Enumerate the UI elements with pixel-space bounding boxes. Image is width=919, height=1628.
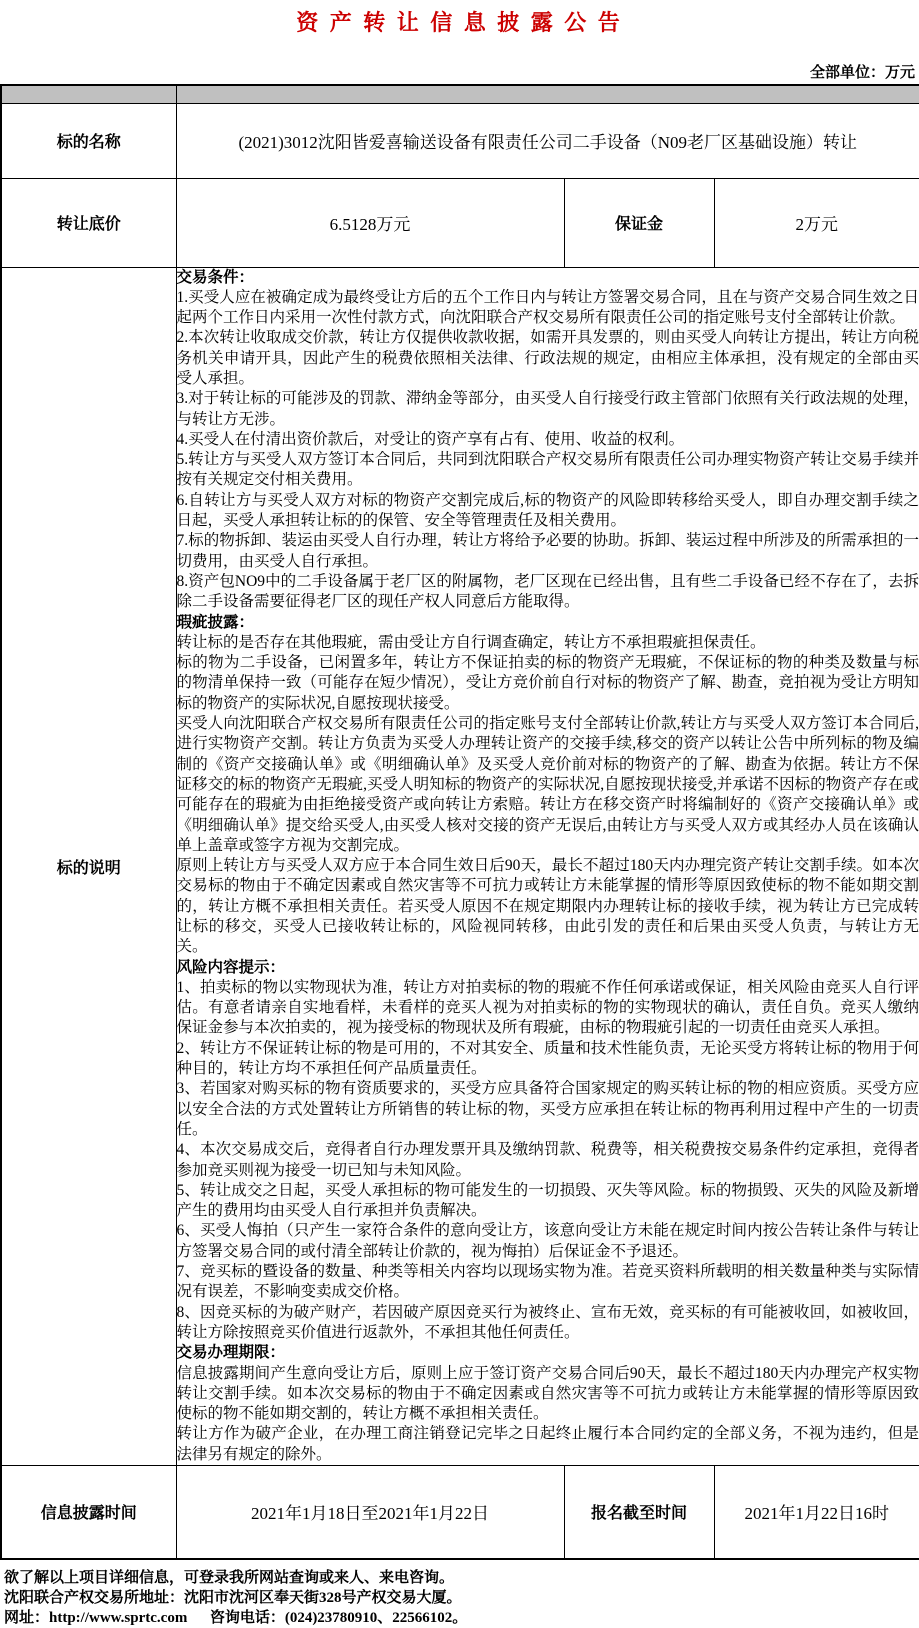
section-heading: 风险内容提示： bbox=[177, 958, 919, 978]
section-paragraph: 6、买受人悔拍（只产生一家符合条件的意向受让方，该意向受让方未能在规定时间内按公… bbox=[177, 1221, 919, 1262]
section-heading: 交易条件： bbox=[177, 268, 919, 288]
base-price-value: 6.5128万元 bbox=[176, 178, 564, 267]
subject-name-row: 标的名称 (2021)3012沈阳皆爱喜输送设备有限责任公司二手设备（N09老厂… bbox=[1, 103, 919, 178]
times-row: 信息披露时间 2021年1月18日至2021年1月22日 报名截至时间 2021… bbox=[1, 1466, 919, 1559]
section-paragraph: 买受人向沈阳联合产权交易所有限责任公司的指定账号支付全部转让价款,转让方与买受人… bbox=[177, 714, 919, 856]
footer: 欲了解以上项目详细信息，可登录我所网站查询或来人、来电咨询。 沈阳联合产权交易所… bbox=[0, 1560, 919, 1628]
section-paragraph: 6.自转让方与买受人双方对标的物资产交割完成后,标的物资产的风险即转移给买受人，… bbox=[177, 491, 919, 532]
description-row: 标的说明 交易条件：1.买受人应在被确定成为最终受让方后的五个工作日内与转让方签… bbox=[1, 267, 919, 1466]
section-paragraph: 信息披露期间产生意向受让方后，原则上应于签订资产交易合同后90天，最长不超过18… bbox=[177, 1364, 919, 1425]
footer-address-line: 沈阳联合产权交易所地址：沈阳市沈河区奉天街328号产权交易大厦。 bbox=[4, 1588, 919, 1608]
section-paragraph: 2.本次转让收取成交价款，转让方仅提供收款收据，如需开具发票的，则由买受人向转让… bbox=[177, 328, 919, 389]
section-paragraph: 转让方作为破产企业，在办理工商注销登记完毕之日起终止履行本合同约定的全部义务，不… bbox=[177, 1424, 919, 1465]
section-paragraph: 1、拍卖标的物以实物现状为准，转让方对拍卖标的物的瑕疵不作任何承诺或保证，相关风… bbox=[177, 978, 919, 1039]
section-heading: 瑕疵披露： bbox=[177, 613, 919, 633]
section-heading: 交易办理期限： bbox=[177, 1343, 919, 1363]
section-paragraph: 4.买受人在付清出资价款后，对受让的资产享有占有、使用、收益的权利。 bbox=[177, 430, 919, 450]
section-paragraph: 标的物为二手设备，已闲置多年，转让方不保证拍卖的标的物资产无瑕疵，不保证标的物的… bbox=[177, 653, 919, 714]
registration-deadline-value: 2021年1月22日16时 bbox=[714, 1466, 919, 1559]
footer-contact-line: 网址：http://www.sprtc.com 咨询电话：(024)237809… bbox=[4, 1608, 919, 1628]
subject-name-label: 标的名称 bbox=[1, 103, 176, 178]
section-paragraph: 转让标的是否存在其他瑕疵，需由受让方自行调查确定，转让方不承担瑕疵担保责任。 bbox=[177, 633, 919, 653]
disclosure-period-label: 信息披露时间 bbox=[1, 1466, 176, 1559]
section-paragraph: 7、竞买标的暨设备的数量、种类等相关内容均以现场实物为准。若竞买资料所载明的相关… bbox=[177, 1262, 919, 1303]
section-paragraph: 8.资产包NO9中的二手设备属于老厂区的附属物，老厂区现在已经出售，且有些二手设… bbox=[177, 572, 919, 613]
subject-description: 交易条件：1.买受人应在被确定成为最终受让方后的五个工作日内与转让方签署交易合同… bbox=[177, 268, 919, 1466]
table-header-row bbox=[1, 85, 919, 103]
subject-description-cell: 交易条件：1.买受人应在被确定成为最终受让方后的五个工作日内与转让方签署交易合同… bbox=[176, 267, 919, 1466]
header-cell-right bbox=[176, 85, 919, 103]
section-paragraph: 1.买受人应在被确定成为最终受让方后的五个工作日内与转让方签署交易合同，且在与资… bbox=[177, 288, 919, 329]
base-price-label: 转让底价 bbox=[1, 178, 176, 267]
section-paragraph: 5、转让成交之日起，买受人承担标的物可能发生的一切损毁、灭失等风险。标的物损毁、… bbox=[177, 1181, 919, 1222]
section-paragraph: 3、若国家对购买标的物有资质要求的，买受方应具备符合国家规定的购买转让标的物的相… bbox=[177, 1079, 919, 1140]
section-paragraph: 5.转让方与买受人双方签订本合同后，共同到沈阳联合产权交易所有限责任公司办理实物… bbox=[177, 450, 919, 491]
subject-name-value: (2021)3012沈阳皆爱喜输送设备有限责任公司二手设备（N09老厂区基础设施… bbox=[176, 103, 919, 178]
footer-info-line: 欲了解以上项目详细信息，可登录我所网站查询或来人、来电咨询。 bbox=[4, 1568, 919, 1588]
section-paragraph: 8、因竞买标的为破产财产，若因破产原因竞买行为被终止、宣布无效，竞买标的有可能被… bbox=[177, 1303, 919, 1344]
deposit-label: 保证金 bbox=[564, 178, 714, 267]
subject-description-label: 标的说明 bbox=[1, 267, 176, 1466]
disclosure-period-value: 2021年1月18日至2021年1月22日 bbox=[176, 1466, 564, 1559]
section-paragraph: 2、转让方不保证转让标的物是可用的，不对其安全、质量和技术性能负责，无论买受方将… bbox=[177, 1039, 919, 1080]
registration-deadline-label: 报名截至时间 bbox=[564, 1466, 714, 1559]
header-cell-left bbox=[1, 85, 176, 103]
section-paragraph: 原则上转让方与买受人双方应于本合同生效日后90天，最长不超过180天内办理完资产… bbox=[177, 856, 919, 957]
price-row: 转让底价 6.5128万元 保证金 2万元 bbox=[1, 178, 919, 267]
announcement-table: 标的名称 (2021)3012沈阳皆爱喜输送设备有限责任公司二手设备（N09老厂… bbox=[0, 84, 919, 1560]
page-title: 资 产 转 让 信 息 披 露 公 告 bbox=[0, 6, 919, 37]
section-paragraph: 7.标的物拆卸、装运由买受人自行办理，转让方将给予必要的协助。拆卸、装运过程中所… bbox=[177, 531, 919, 572]
unit-note: 全部单位：万元 bbox=[0, 61, 915, 82]
section-paragraph: 4、本次交易成交后，竞得者自行办理发票开具及缴纳罚款、税费等，相关税费按交易条件… bbox=[177, 1140, 919, 1181]
announcement-page: 资 产 转 让 信 息 披 露 公 告 全部单位：万元 标的名称 (2021)3… bbox=[0, 6, 919, 1628]
deposit-value: 2万元 bbox=[714, 178, 919, 267]
section-paragraph: 3.对于转让标的可能涉及的罚款、滞纳金等部分，由买受人自行接受行政主管部门依照有… bbox=[177, 389, 919, 430]
